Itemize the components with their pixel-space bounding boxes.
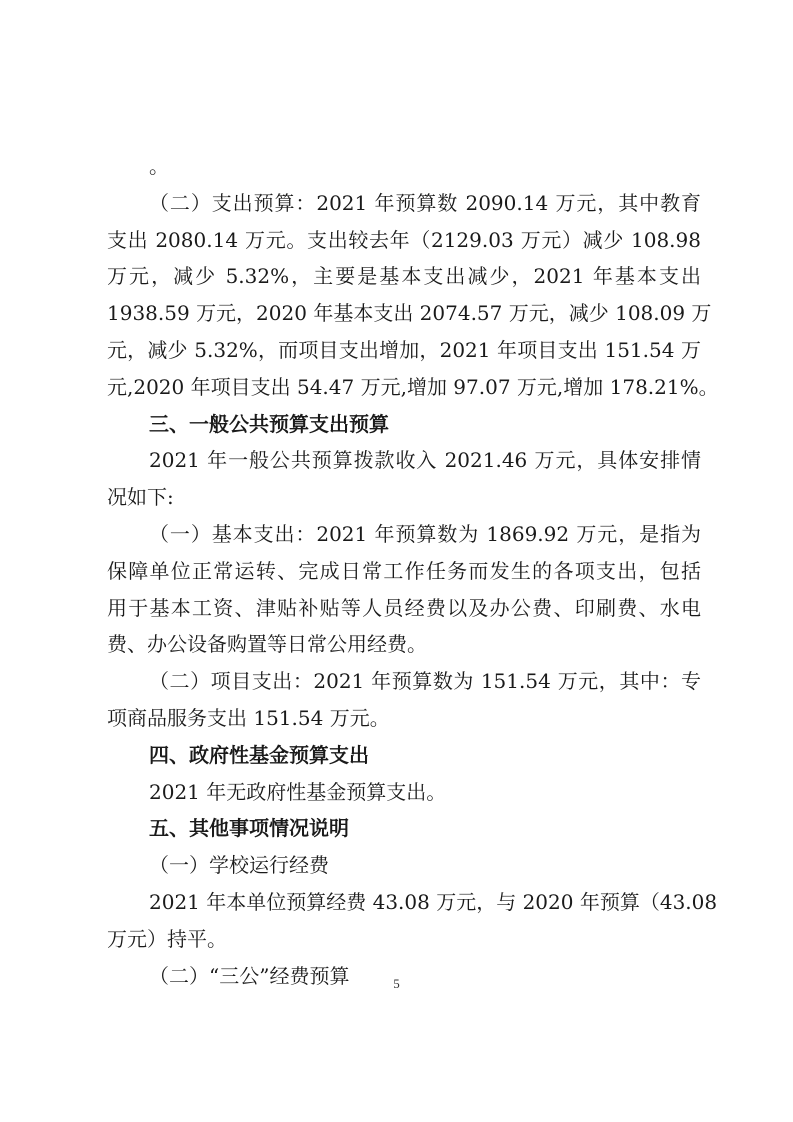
section-heading-other-matters: 五、其他事项情况说明: [107, 810, 701, 847]
paragraph-no-fund-budget: 2021 年无政府性基金预算支出。: [107, 774, 701, 811]
text-line: 用于基本工资、津贴补贴等人员经费以及办公费、印刷费、水电: [107, 590, 701, 627]
text-line: 元,2020 年项目支出 54.47 万元,增加 97.07 万元,增加 178…: [107, 369, 701, 406]
text-line: 费、办公设备购置等日常公用经费。: [107, 626, 701, 663]
paragraph-project-expenditure: （二）项目支出：2021 年预算数为 151.54 万元，其中：专: [107, 663, 701, 700]
subheading-school-operating-funds: （一）学校运行经费: [107, 847, 701, 884]
page-number: 5: [0, 976, 793, 992]
section-heading-government-fund-budget: 四、政府性基金预算支出: [107, 737, 701, 774]
text-line: 。: [107, 148, 701, 185]
text-line: 万元）持平。: [107, 921, 701, 958]
paragraph-operating-funds: 2021 年本单位预算经费 43.08 万元，与 2020 年预算（43.08: [107, 884, 701, 921]
text-line: 保障单位正常运转、完成日常工作任务而发生的各项支出，包括: [107, 553, 701, 590]
text-line: 万元，减少 5.32%，主要是基本支出减少，2021 年基本支出: [107, 258, 701, 295]
text-line: 支出 2080.14 万元。支出较去年（2129.03 万元）减少 108.98: [107, 222, 701, 259]
paragraph-basic-expenditure: （一）基本支出：2021 年预算数为 1869.92 万元，是指为: [107, 516, 701, 553]
document-page-body: 。 （二）支出预算：2021 年预算数 2090.14 万元，其中教育 支出 2…: [107, 148, 701, 994]
paragraph-expenditure-budget: （二）支出预算：2021 年预算数 2090.14 万元，其中教育: [107, 185, 701, 222]
section-heading-general-public-budget: 三、一般公共预算支出预算: [107, 406, 701, 443]
text-line: 项商品服务支出 151.54 万元。: [107, 700, 701, 737]
text-line: 1938.59 万元，2020 年基本支出 2074.57 万元，减少 108.…: [107, 295, 701, 332]
paragraph-general-budget-income: 2021 年一般公共预算拨款收入 2021.46 万元，具体安排情: [107, 442, 701, 479]
text-line: 元，减少 5.32%，而项目支出增加，2021 年项目支出 151.54 万: [107, 332, 701, 369]
text-line: 况如下:: [107, 479, 701, 516]
